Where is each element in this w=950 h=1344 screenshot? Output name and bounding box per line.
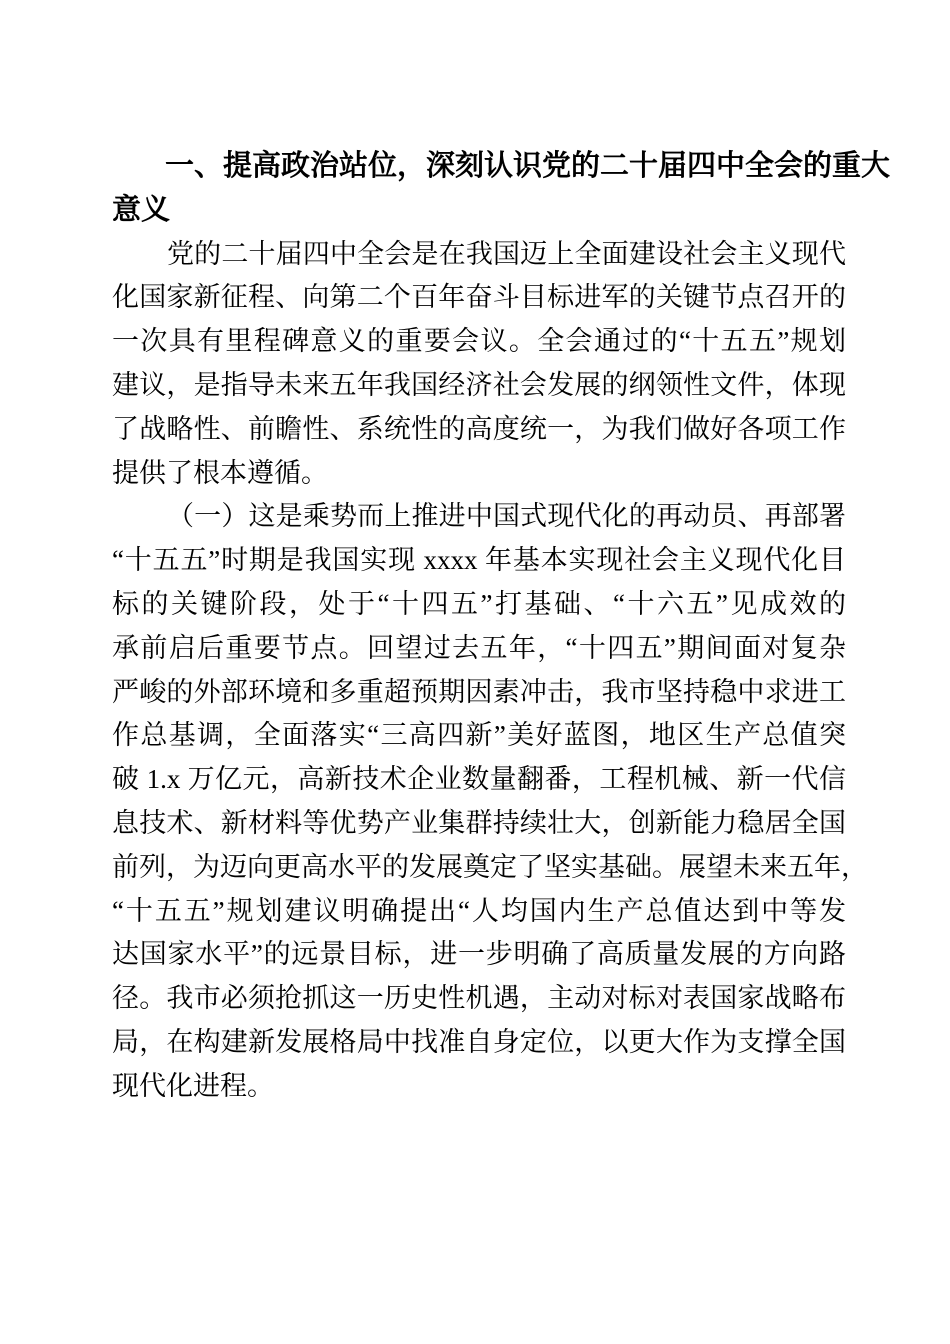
body-line: （一）这是乘势而上推进中国式现代化的再动员、再部署 xyxy=(112,495,846,539)
body-line: 作总基调，全面落实“三高四新”美好蓝图，地区生产总值突 xyxy=(112,714,846,758)
body-line: 承前启后重要节点。回望过去五年，“十四五”期间面对复杂 xyxy=(112,627,846,671)
heading-line: 一、提高政治站位，深刻认识党的二十届四中全会的重大 xyxy=(112,145,846,189)
body-line: 息技术、新材料等优势产业集群持续壮大，创新能力稳居全国 xyxy=(112,802,846,846)
body-line: 一次具有里程碑意义的重要会议。全会通过的“十五五”规划 xyxy=(112,320,846,364)
body-line: 提供了根本遵循。 xyxy=(112,452,846,496)
body-line: 化国家新征程、向第二个百年奋斗目标进军的关键节点召开的 xyxy=(112,276,846,320)
body-line: 达国家水平”的远景目标，进一步明确了高质量发展的方向路 xyxy=(112,933,846,977)
body-line: 破 1.x 万亿元，高新技术企业数量翻番，工程机械、新一代信 xyxy=(112,758,846,802)
body-line: 径。我市必须抢抓这一历史性机遇，主动对标对表国家战略布 xyxy=(112,977,846,1021)
body-line: 标的关键阶段，处于“十四五”打基础、“十六五”见成效的 xyxy=(112,583,846,627)
body-line: “十五五”时期是我国实现 xxxx 年基本实现社会主义现代化目 xyxy=(112,539,846,583)
body-line: “十五五”规划建议明确提出“人均国内生产总值达到中等发 xyxy=(112,890,846,934)
body-line: 党的二十届四中全会是在我国迈上全面建设社会主义现代 xyxy=(112,233,846,277)
body-line: 现代化进程。 xyxy=(112,1065,846,1109)
heading-line: 意义 xyxy=(112,189,846,233)
body-line: 局，在构建新发展格局中找准自身定位，以更大作为支撑全国 xyxy=(112,1021,846,1065)
document-page: 一、提高政治站位，深刻认识党的二十届四中全会的重大意义党的二十届四中全会是在我国… xyxy=(0,0,950,1344)
body-line: 了战略性、前瞻性、系统性的高度统一，为我们做好各项工作 xyxy=(112,408,846,452)
body-line: 严峻的外部环境和多重超预期因素冲击，我市坚持稳中求进工 xyxy=(112,671,846,715)
body-line: 建议，是指导未来五年我国经济社会发展的纲领性文件，体现 xyxy=(112,364,846,408)
text-flow: 一、提高政治站位，深刻认识党的二十届四中全会的重大意义党的二十届四中全会是在我国… xyxy=(112,145,846,1109)
body-line: 前列，为迈向更高水平的发展奠定了坚实基础。展望未来五年， xyxy=(112,846,846,890)
